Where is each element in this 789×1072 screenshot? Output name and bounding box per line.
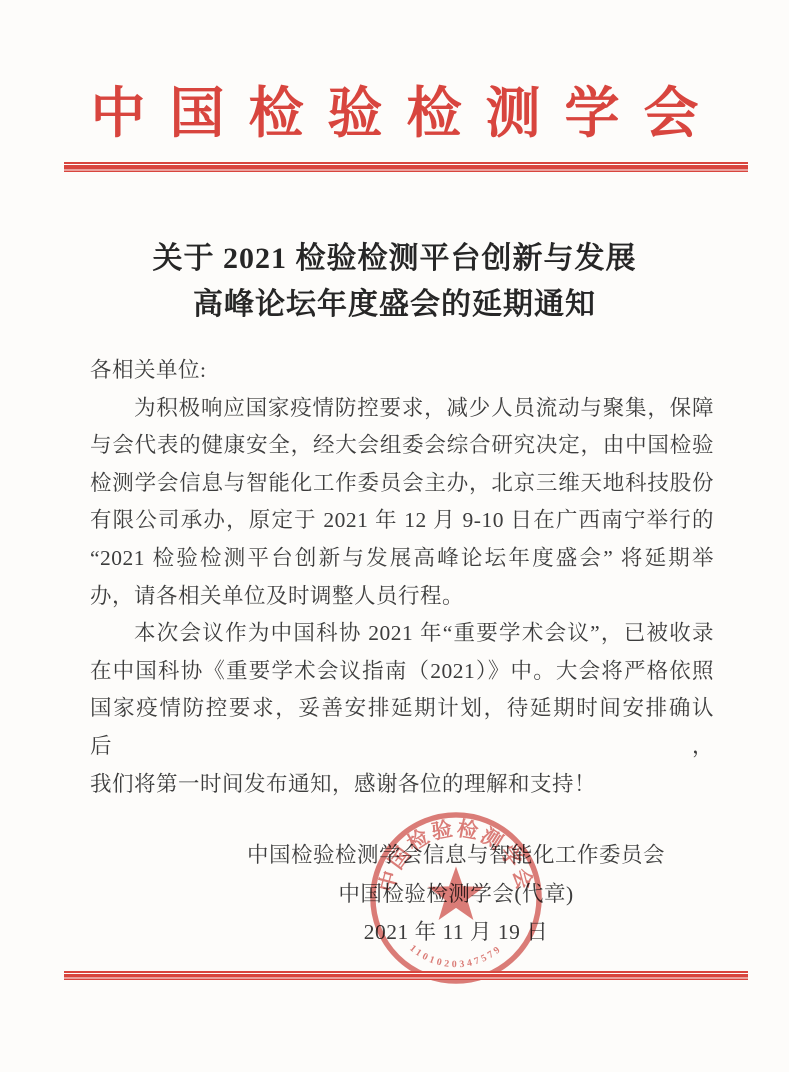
document-body: 各相关单位: 为积极响应国家疫情防控要求，减少人员流动与聚集，保障与会代表的健康… bbox=[90, 352, 714, 803]
document-page: 中国检验检测学会 关于 2021 检验检测平台创新与发展 高峰论坛年度盛会的延期… bbox=[0, 0, 789, 1072]
body-line: 为积极响应国家疫情防控要求，减少人员流动与聚集，保障 bbox=[90, 390, 714, 428]
body-line: 检测学会信息与智能化工作委员会主办，北京三维天地科技股份 bbox=[90, 465, 714, 503]
footer-rule bbox=[64, 971, 748, 980]
salutation: 各相关单位: bbox=[90, 352, 714, 390]
signature-date: 2021 年 11 月 19 日 bbox=[198, 913, 714, 952]
letterhead-org-name: 中国检验检测学会 bbox=[0, 82, 789, 146]
body-line: 与会代表的健康安全，经大会组委会综合研究决定，由中国检验 bbox=[90, 427, 714, 465]
document-title-line1: 关于 2021 检验检测平台创新与发展 bbox=[40, 236, 749, 282]
body-line: 我们将第一时间发布通知，感谢各位的理解和支持！ bbox=[90, 766, 714, 804]
letterhead-rule bbox=[64, 162, 748, 172]
body-line: “2021 检验检测平台创新与发展高峰论坛年度盛会” 将延期举 bbox=[90, 540, 714, 578]
body-line: 在中国科协《重要学术会议指南（2021）》中。大会将严格依照 bbox=[90, 653, 714, 691]
body-line: 办，请各相关单位及时调整人员行程。 bbox=[90, 578, 714, 616]
signature-org-line2: 中国检验检测学会(代章) bbox=[198, 875, 714, 914]
signature-block: 中国检验检测学会信息与智能化工作委员会 中国检验检测学会(代章) 2021 年 … bbox=[90, 836, 714, 952]
document-title: 关于 2021 检验检测平台创新与发展 高峰论坛年度盛会的延期通知 bbox=[40, 236, 749, 328]
body-line: 本次会议作为中国科协 2021 年“重要学术会议”，已被收录 bbox=[90, 615, 714, 653]
document-title-line2: 高峰论坛年度盛会的延期通知 bbox=[40, 282, 749, 328]
signature-org-line1: 中国检验检测学会信息与智能化工作委员会 bbox=[198, 836, 714, 875]
body-line: 国家疫情防控要求，妥善安排延期计划，待延期时间安排确认后， bbox=[90, 690, 714, 765]
body-line: 有限公司承办，原定于 2021 年 12 月 9-10 日在广西南宁举行的 bbox=[90, 502, 714, 540]
